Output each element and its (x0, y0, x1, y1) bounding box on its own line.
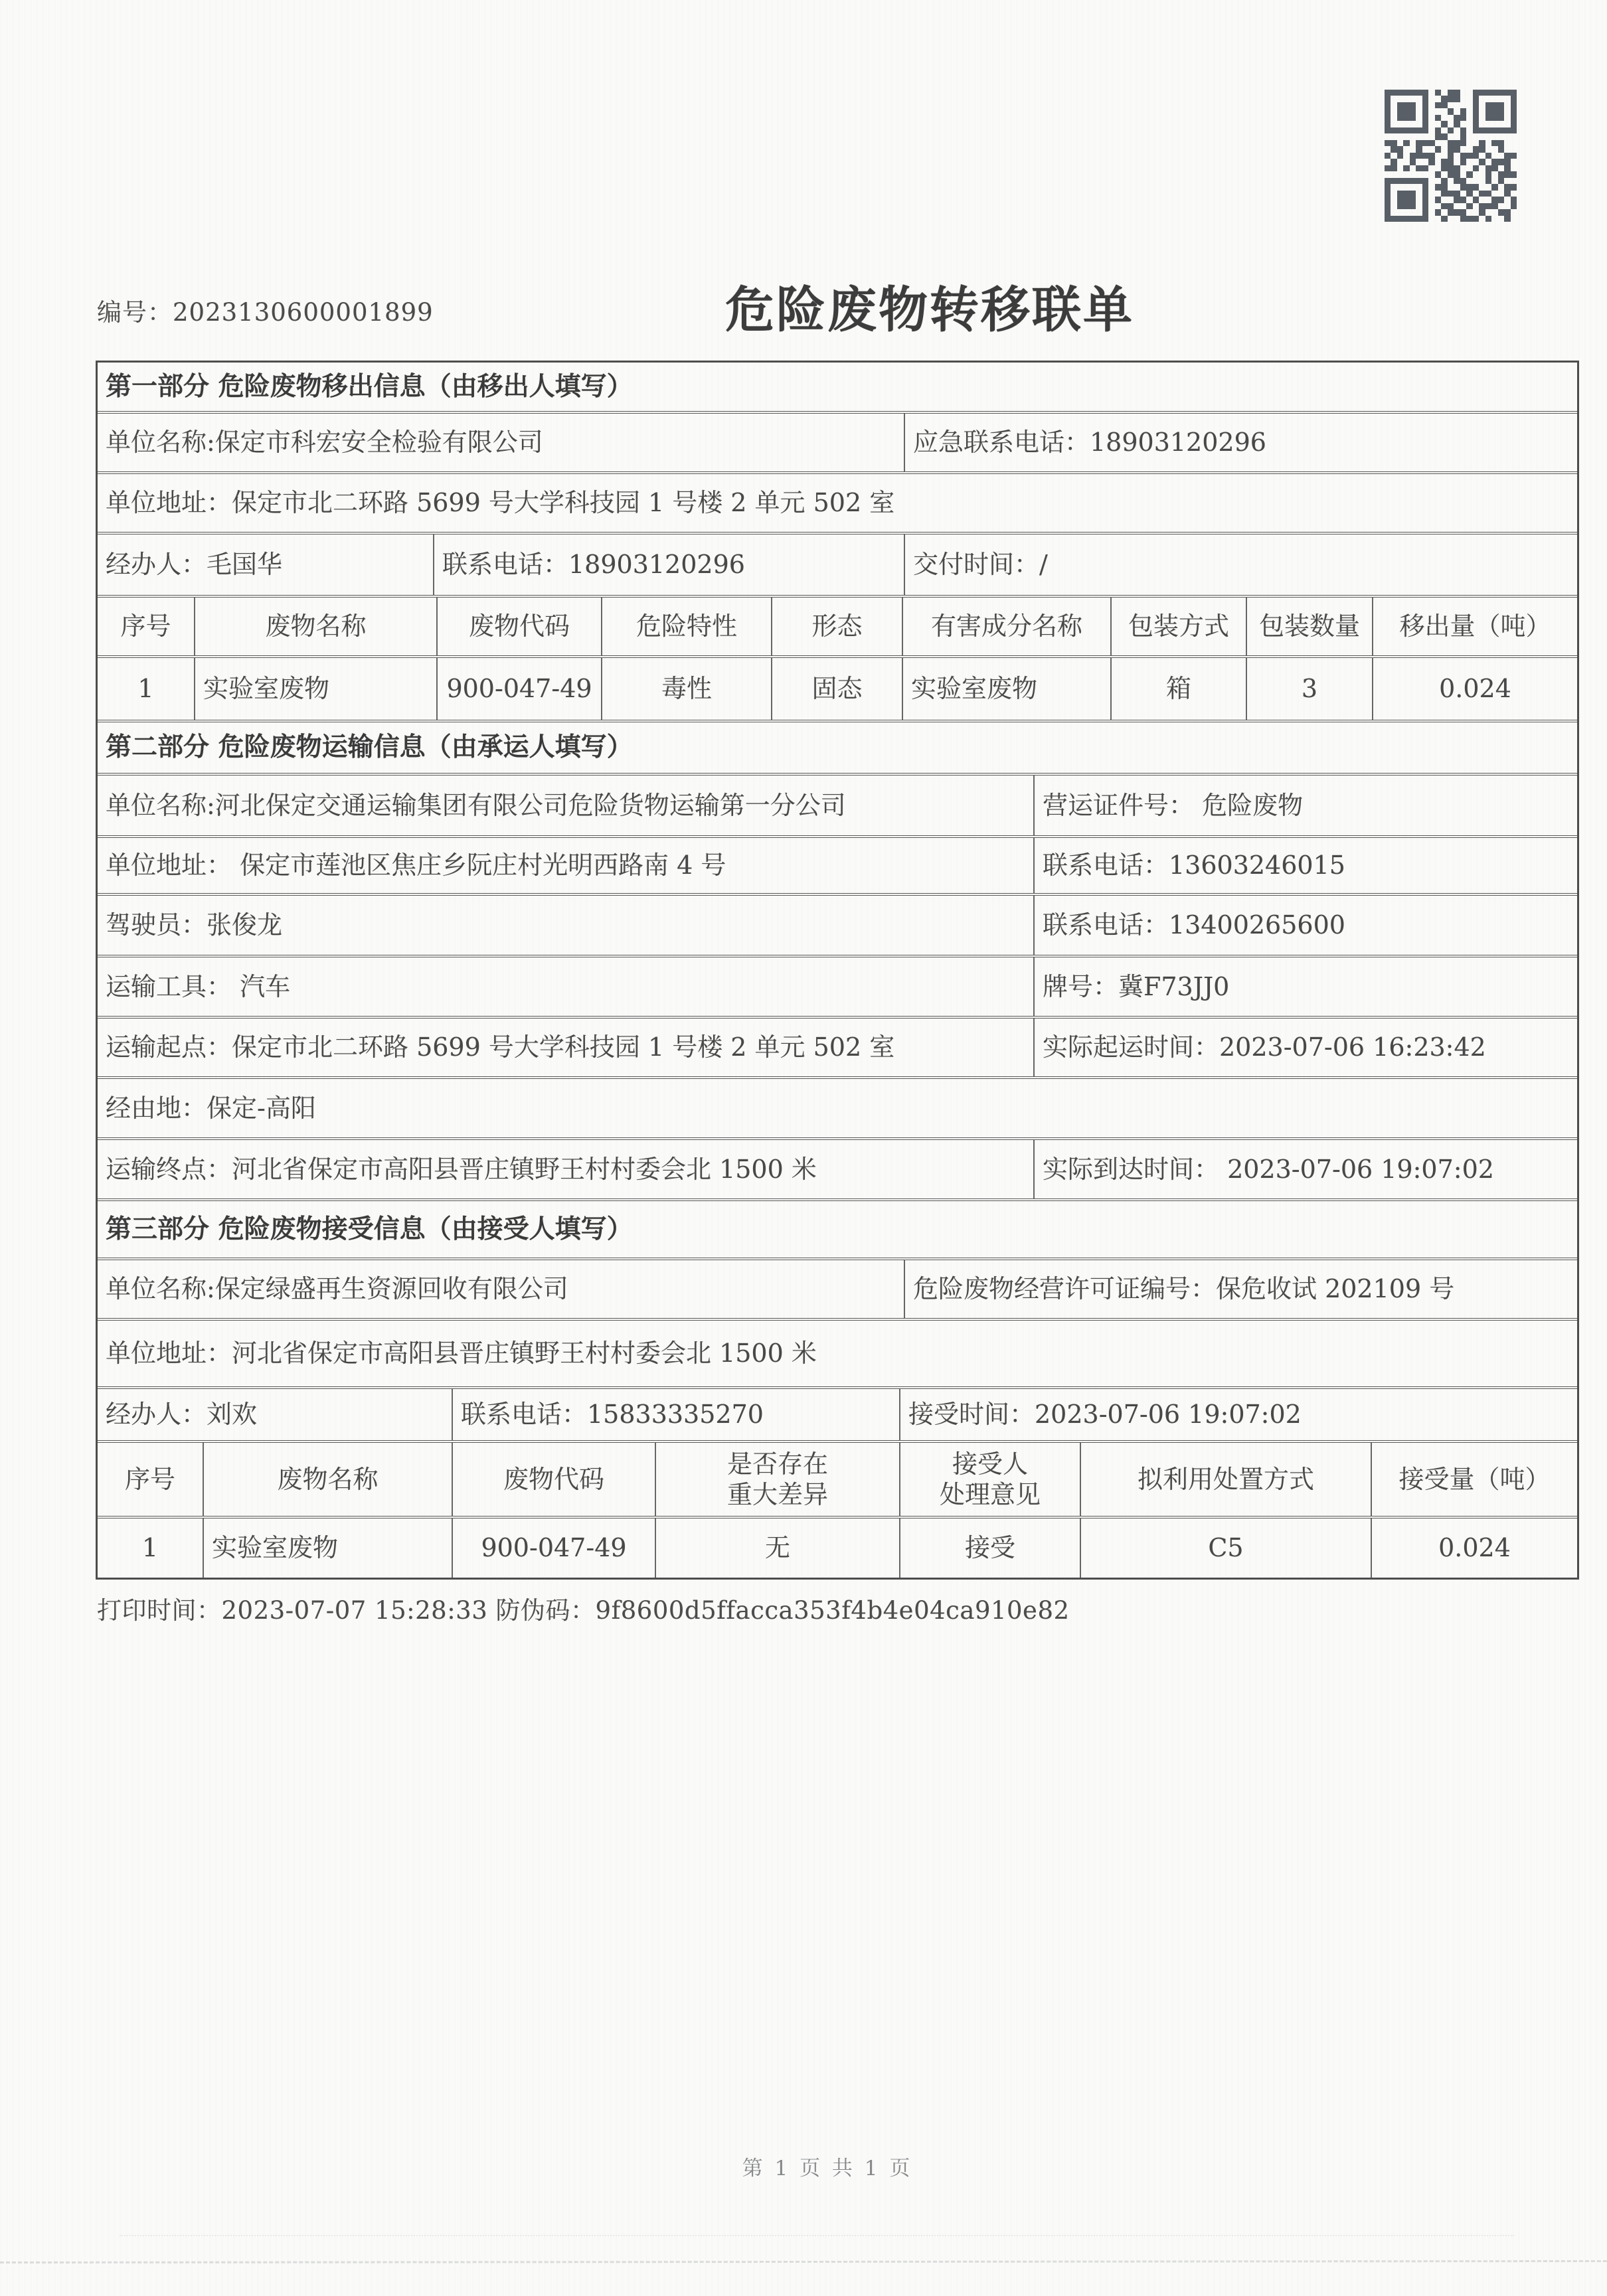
section3-accept-row-cell-4: 接受 (900, 1518, 1081, 1578)
page-title: 危险废物转移联单 (701, 271, 1159, 341)
section1-waste-row-cell-8: 0.024 (1373, 658, 1577, 720)
section2-origin-cell-1: 实际起运时间：2023-07-06 16:23:42 (1035, 1019, 1577, 1076)
section2-origin-cell-0: 运输起点：保定市北二环路 5699 号大学科技园 1 号楼 2 单元 502 室 (98, 1019, 1035, 1076)
section3-accept-row: 1实验室废物900-047-49无接受C50.024 (98, 1518, 1577, 1578)
section1-waste-table-header-cell-4: 形态 (772, 598, 903, 655)
section2-header: 第二部分 危险废物运输信息（由承运人填写） (98, 722, 1577, 776)
section3-agent-cell-0: 经办人：刘欢 (98, 1389, 453, 1440)
section1-header: 第一部分 危险废物移出信息（由移出人填写） (98, 363, 1577, 414)
section1-waste-row-cell-5: 实验室废物 (903, 658, 1112, 720)
section3-accept-table-header-cell-5: 拟利用处置方式 (1081, 1443, 1372, 1516)
section2-vehicle-cell-1: 牌号：冀F73JJ0 (1035, 957, 1577, 1016)
section1-agent-cell-0: 经办人：毛国华 (98, 534, 434, 595)
section1-waste-table-header: 序号废物名称废物代码危险特性形态有害成分名称包装方式包装数量移出量（吨） (98, 598, 1577, 658)
section1-unit-name: 单位名称:保定市科宏安全检验有限公司应急联系电话：18903120296 (98, 414, 1577, 474)
scanned-manifest-page: 编号：2023130600001899 危险废物转移联单 第一部分 危险废物移出… (0, 0, 1607, 2296)
section3-accept-row-cell-0: 1 (98, 1518, 204, 1578)
section2-unit-name-cell-0: 单位名称:河北保定交通运输集团有限公司危险货物运输第一分公司 (98, 776, 1035, 835)
section2-via: 经由地：保定-高阳 (98, 1079, 1577, 1140)
section2-unit-address-cell-1: 联系电话：13603246015 (1035, 838, 1577, 893)
section1-waste-table-header-cell-8: 移出量（吨） (1373, 598, 1577, 655)
section3-unit-address: 单位地址：河北省保定市高阳县晋庄镇野王村村委会北 1500 米 (98, 1321, 1577, 1389)
section1-waste-row-cell-2: 900-047-49 (438, 658, 602, 720)
section2-vehicle: 运输工具： 汽车牌号：冀F73JJ0 (98, 957, 1577, 1019)
section1-unit-address: 单位地址：保定市北二环路 5699 号大学科技园 1 号楼 2 单元 502 室 (98, 474, 1577, 534)
section1-waste-table-header-cell-3: 危险特性 (602, 598, 772, 655)
section1-agent-cell-2: 交付时间：/ (905, 534, 1577, 595)
section1-waste-table-header-cell-6: 包装方式 (1112, 598, 1247, 655)
section2-via-cell-0: 经由地：保定-高阳 (98, 1079, 1577, 1137)
section2-driver-cell-0: 驾驶员：张俊龙 (98, 896, 1035, 955)
section1-waste-table-header-cell-1: 废物名称 (195, 598, 438, 655)
section2-header-cell-0: 第二部分 危险废物运输信息（由承运人填写） (98, 722, 1577, 773)
section3-accept-row-cell-5: C5 (1081, 1518, 1372, 1578)
section3-accept-table-header: 序号废物名称废物代码是否存在 重大差异接受人 处理意见拟利用处置方式接受量（吨） (98, 1443, 1577, 1518)
section1-unit-address-cell-0: 单位地址：保定市北二环路 5699 号大学科技园 1 号楼 2 单元 502 室 (98, 474, 1577, 532)
section3-agent-cell-2: 接受时间：2023-07-06 19:07:02 (900, 1389, 1577, 1440)
section2-unit-name: 单位名称:河北保定交通运输集团有限公司危险货物运输第一分公司营运证件号： 危险废… (98, 776, 1577, 838)
section1-unit-name-cell-0: 单位名称:保定市科宏安全检验有限公司 (98, 414, 905, 471)
qr-code-icon (1385, 90, 1517, 222)
section3-unit-name-cell-1: 危险废物经营许可证编号：保危收试 202109 号 (905, 1260, 1577, 1318)
section3-agent-cell-1: 联系电话：15833335270 (453, 1389, 900, 1440)
serial-number: 编号：2023130600001899 (97, 292, 434, 328)
section2-driver-cell-1: 联系电话：13400265600 (1035, 896, 1577, 955)
section1-agent: 经办人：毛国华联系电话：18903120296交付时间：/ (98, 534, 1577, 598)
section1-waste-table-header-cell-2: 废物代码 (438, 598, 602, 655)
scan-artifact-line-faint (120, 2235, 1514, 2236)
section1-waste-row: 1实验室废物900-047-49毒性固态实验室废物箱30.024 (98, 658, 1577, 722)
section1-waste-row-cell-7: 3 (1247, 658, 1373, 720)
section2-destination: 运输终点：河北省保定市高阳县晋庄镇野王村村委会北 1500 米实际到达时间： 2… (98, 1140, 1577, 1201)
section1-waste-table-header-cell-0: 序号 (98, 598, 195, 655)
section3-agent: 经办人：刘欢联系电话：15833335270接受时间：2023-07-06 19… (98, 1389, 1577, 1443)
section2-vehicle-cell-0: 运输工具： 汽车 (98, 957, 1035, 1016)
section2-destination-cell-0: 运输终点：河北省保定市高阳县晋庄镇野王村村委会北 1500 米 (98, 1140, 1035, 1198)
scan-artifact-line (0, 2260, 1607, 2263)
section3-unit-address-cell-0: 单位地址：河北省保定市高阳县晋庄镇野王村村委会北 1500 米 (98, 1321, 1577, 1386)
section3-unit-name-cell-0: 单位名称:保定绿盛再生资源回收有限公司 (98, 1260, 905, 1318)
section3-unit-name: 单位名称:保定绿盛再生资源回收有限公司危险废物经营许可证编号：保危收试 2021… (98, 1260, 1577, 1321)
section1-header-cell-0: 第一部分 危险废物移出信息（由移出人填写） (98, 363, 1577, 411)
manifest-table: 第一部分 危险废物移出信息（由移出人填写）单位名称:保定市科宏安全检验有限公司应… (96, 361, 1579, 1580)
section2-unit-address-cell-0: 单位地址： 保定市莲池区焦庄乡阮庄村光明西路南 4 号 (98, 838, 1035, 893)
section2-destination-cell-1: 实际到达时间： 2023-07-06 19:07:02 (1035, 1140, 1577, 1198)
section1-waste-table-header-cell-7: 包装数量 (1247, 598, 1373, 655)
section3-accept-table-header-cell-2: 废物代码 (453, 1443, 656, 1516)
section3-header: 第三部分 危险废物接受信息（由接受人填写） (98, 1201, 1577, 1260)
section1-unit-name-cell-1: 应急联系电话：18903120296 (905, 414, 1577, 471)
section3-accept-row-cell-1: 实验室废物 (204, 1518, 453, 1578)
section1-waste-row-cell-3: 毒性 (602, 658, 772, 720)
section3-accept-table-header-cell-4: 接受人 处理意见 (900, 1443, 1081, 1516)
section2-unit-name-cell-1: 营运证件号： 危险废物 (1035, 776, 1577, 835)
section3-accept-row-cell-2: 900-047-49 (453, 1518, 656, 1578)
section1-waste-row-cell-6: 箱 (1112, 658, 1247, 720)
section1-waste-row-cell-1: 实验室废物 (195, 658, 438, 720)
section3-header-cell-0: 第三部分 危险废物接受信息（由接受人填写） (98, 1201, 1577, 1258)
section3-accept-row-cell-6: 0.024 (1372, 1518, 1577, 1578)
section2-driver: 驾驶员：张俊龙联系电话：13400265600 (98, 896, 1577, 957)
section1-waste-row-cell-4: 固态 (772, 658, 903, 720)
section3-accept-table-header-cell-3: 是否存在 重大差异 (656, 1443, 900, 1516)
section1-agent-cell-1: 联系电话：18903120296 (434, 534, 905, 595)
section1-waste-row-cell-0: 1 (98, 658, 195, 720)
print-timestamp-line: 打印时间：2023-07-07 15:28:33 防伪码：9f8600d5ffa… (97, 1590, 1070, 1626)
section1-waste-table-header-cell-5: 有害成分名称 (903, 598, 1112, 655)
section3-accept-row-cell-3: 无 (656, 1518, 900, 1578)
section3-accept-table-header-cell-1: 废物名称 (204, 1443, 453, 1516)
section3-accept-table-header-cell-6: 接受量（吨） (1372, 1443, 1577, 1516)
section2-unit-address: 单位地址： 保定市莲池区焦庄乡阮庄村光明西路南 4 号联系电话：13603246… (98, 838, 1577, 896)
section3-accept-table-header-cell-0: 序号 (98, 1443, 204, 1516)
section2-origin: 运输起点：保定市北二环路 5699 号大学科技园 1 号楼 2 单元 502 室… (98, 1019, 1577, 1079)
page-number-footer: 第 1 页 共 1 页 (0, 2151, 1607, 2181)
